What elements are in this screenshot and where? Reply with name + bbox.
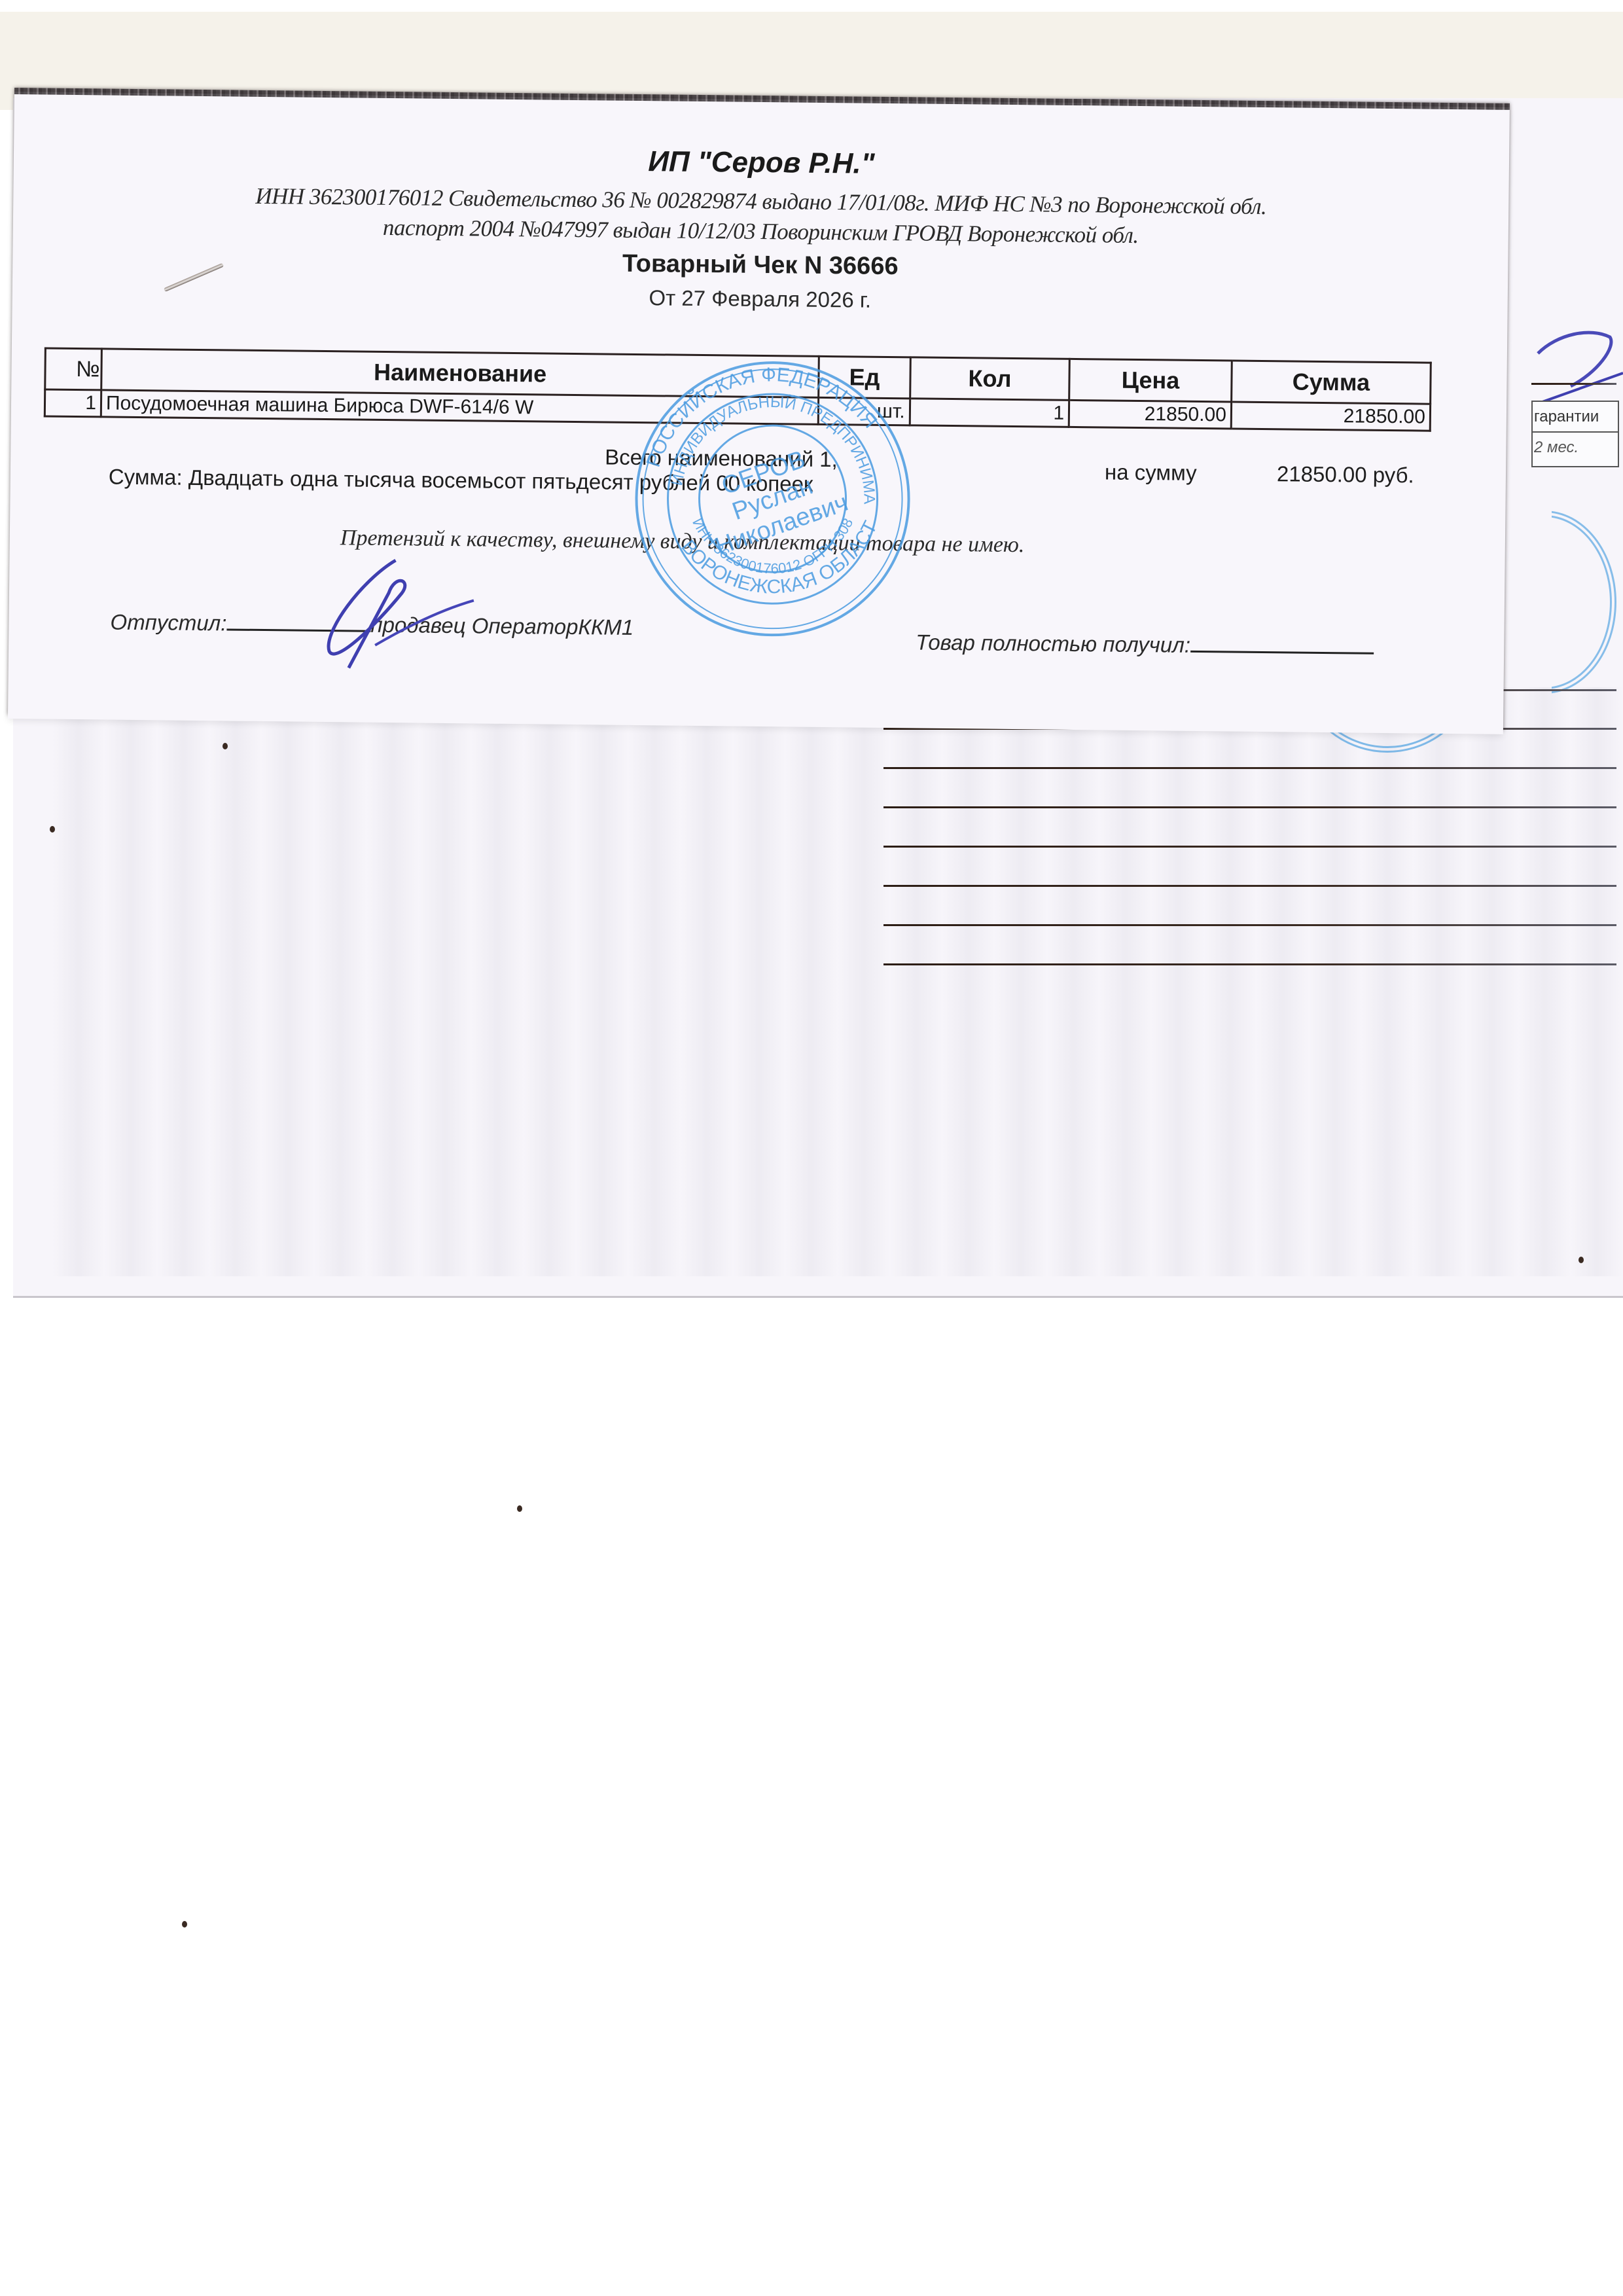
ruled-line — [883, 806, 1616, 808]
ruled-line — [1531, 383, 1616, 385]
ruled-line — [883, 885, 1616, 887]
dust-speck — [517, 1505, 522, 1512]
on-sum-value: 21850.00 руб. — [1277, 461, 1414, 488]
ruled-line — [883, 924, 1616, 926]
dust-speck — [1578, 1257, 1584, 1263]
dust-speck — [50, 826, 55, 833]
warranty-header: гарантии — [1533, 402, 1618, 433]
received-label: Товар полностью получил: — [916, 630, 1190, 656]
seller-title: ИП "Серов Р.Н." — [14, 139, 1509, 187]
cell-price: 21850.00 — [1069, 400, 1231, 429]
cell-sum: 21850.00 — [1231, 402, 1430, 431]
dust-speck — [223, 743, 228, 749]
seller-signature — [296, 553, 494, 673]
received-line: Товар полностью получил: — [916, 630, 1374, 659]
ruled-line — [883, 963, 1616, 965]
scan-artifacts — [52, 687, 1623, 1276]
col-qty: Кол — [910, 357, 1069, 401]
back-signature — [1531, 275, 1623, 419]
cell-number: 1 — [45, 389, 101, 417]
seller-stamp: РОССИЙСКАЯ ФЕДЕРАЦИЯ ИНДИВИДУАЛЬНЫЙ ПРЕД… — [627, 353, 918, 645]
warranty-table-fragment: гарантии 2 мес. — [1531, 401, 1619, 467]
col-sum: Сумма — [1232, 361, 1431, 404]
on-sum-label: на сумму — [1105, 459, 1197, 485]
ruled-line — [883, 846, 1616, 848]
col-price: Цена — [1069, 359, 1232, 402]
cell-qty: 1 — [910, 399, 1069, 427]
signature-blank — [1190, 634, 1374, 655]
col-number: № — [45, 348, 102, 390]
ruled-line — [883, 767, 1616, 769]
sales-receipt: ИП "Серов Р.Н." ИНН 362300176012 Свидете… — [8, 92, 1510, 734]
warranty-value: 2 мес. — [1533, 433, 1618, 462]
dust-speck — [182, 1921, 187, 1928]
released-label: Отпустил: — [110, 610, 226, 636]
